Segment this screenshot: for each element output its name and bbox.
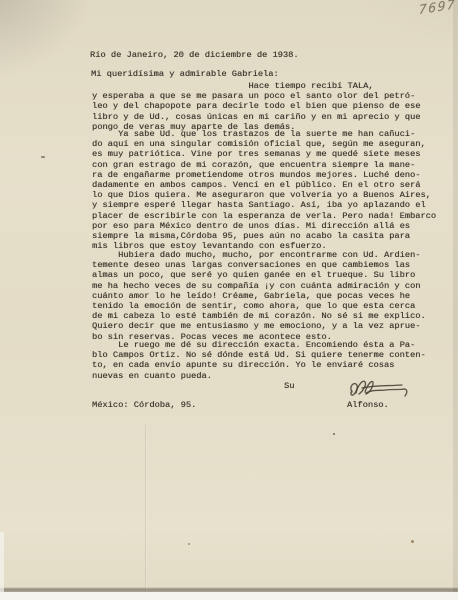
paper-edge-right: [453, 0, 458, 600]
paper-edge-left: [0, 532, 4, 592]
paper-speck: [188, 543, 190, 545]
typed-signature: Alfonso.: [347, 400, 389, 410]
paper-crease: [145, 425, 146, 590]
salutation: Mi queridísima y admirable Gabriela:: [91, 69, 279, 79]
paper-speck: [411, 540, 414, 543]
body-paragraph-4: Le ruego me dé su dirección exacta. Enco…: [92, 340, 426, 381]
dateline: Río de Janeiro, 20 de diciembre de 1938.: [90, 50, 299, 60]
body-paragraph-1: Hace tiempo recibí TALA, y esperaba a qu…: [92, 81, 420, 132]
body-paragraph-2: Ya sabe Ud. que los trastazos de la suer…: [92, 129, 436, 251]
paper-speck: [333, 433, 335, 435]
sender-address: México: Córdoba, 95.: [92, 400, 196, 410]
scan-background-strip: [0, 592, 458, 600]
body-paragraph-3: Hubiera dado mucho, mucho, por encontrar…: [92, 250, 426, 342]
letter-page: 7697 Río de Janeiro, 20 de diciembre de …: [0, 0, 458, 600]
paper-speck: [41, 156, 45, 158]
archive-number-pencil: 7697: [419, 0, 457, 17]
valediction: Su: [284, 381, 294, 391]
